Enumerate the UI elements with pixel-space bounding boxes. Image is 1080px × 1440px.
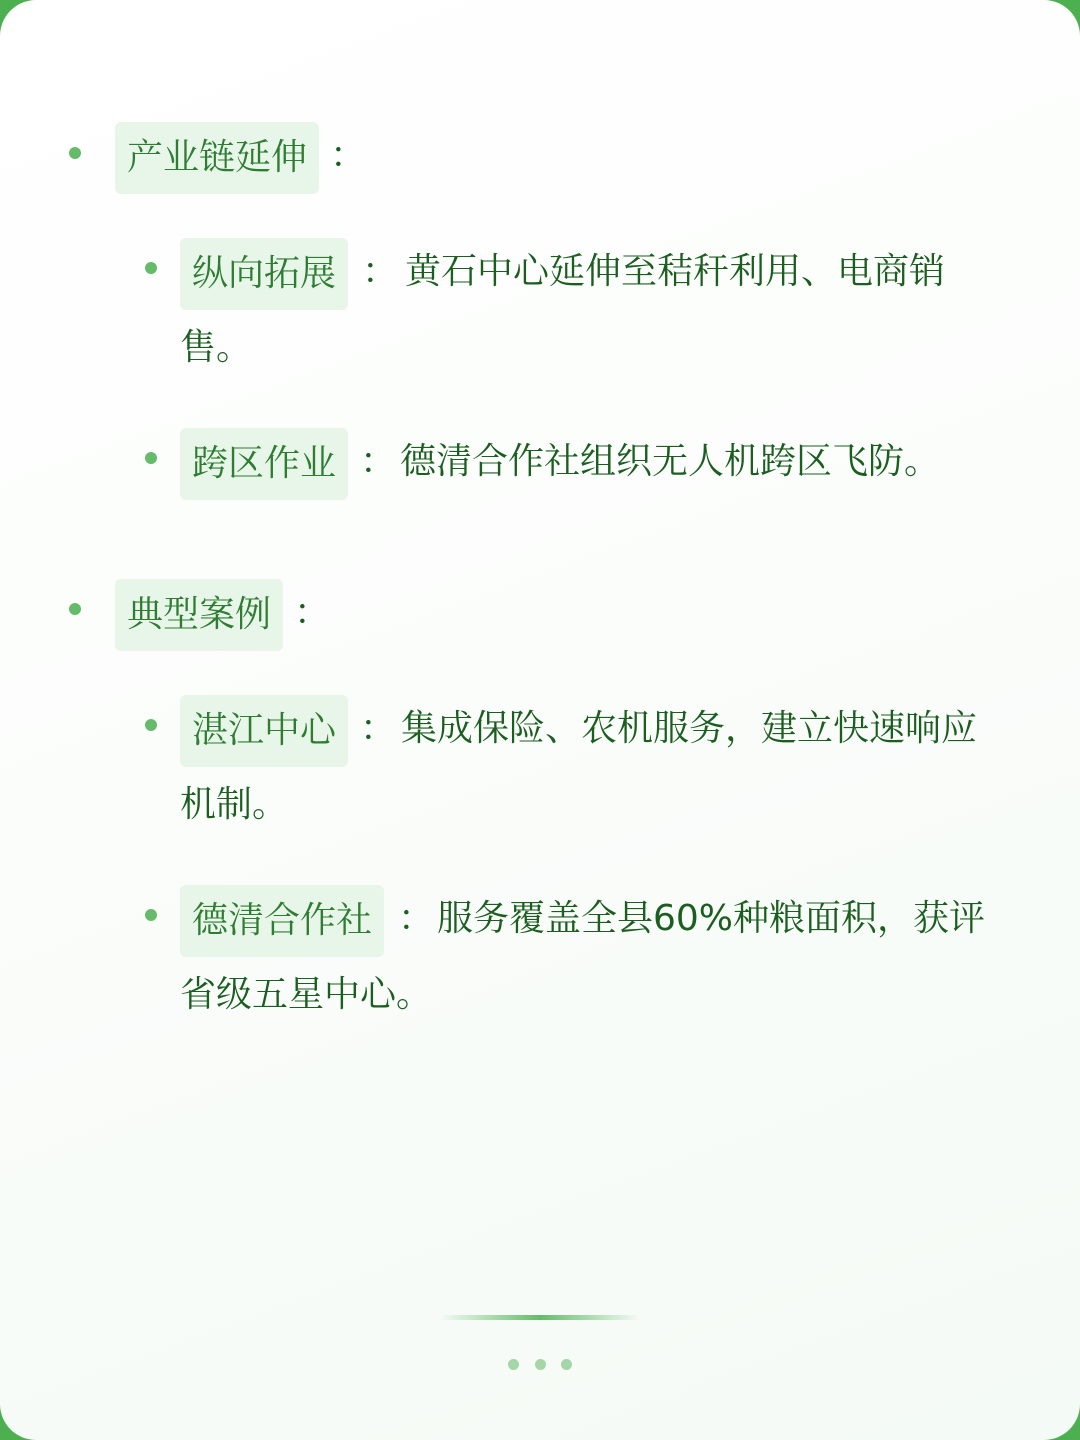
bullet-icon — [69, 603, 81, 615]
item-text-line: 售。 — [180, 310, 252, 386]
item-label-vertical-expansion: 纵向拓展 — [180, 238, 348, 310]
content-card: 产业链延伸 ： 纵向拓展 ： 黄石中心延伸至秸秆利用、电商销 售。 跨区作业 ：… — [0, 0, 1080, 1440]
bullet-icon — [145, 909, 157, 921]
item-text-line: 集成保险、农机服务，建立快速响应 — [401, 691, 977, 767]
item-text-line: 黄石中心延伸至秸秆利用、电商销 — [405, 234, 945, 310]
bullet-icon — [69, 147, 81, 159]
page-dot-icon — [508, 1359, 519, 1370]
item-label-deqing-cooperative: 德清合作社 — [180, 885, 384, 957]
item-label-cross-region: 跨区作业 — [180, 428, 348, 500]
colon: ： — [330, 120, 366, 192]
item-text-line: 德清合作社组织无人机跨区飞防。 — [400, 424, 940, 500]
section-title-industry-chain: 产业链延伸 — [115, 122, 319, 194]
colon: ： — [360, 426, 396, 498]
divider-line — [440, 1315, 640, 1320]
colon: ： — [294, 577, 330, 649]
page-dot-icon — [535, 1359, 546, 1370]
item-text-line: 机制。 — [180, 767, 288, 843]
item-label-zhanjiang-center: 湛江中心 — [180, 695, 348, 767]
section-title-typical-cases: 典型案例 — [115, 579, 283, 651]
item-text-line: 服务覆盖全县60%种粮面积，获评 — [437, 881, 985, 957]
bullet-icon — [145, 262, 157, 274]
colon: ： — [398, 883, 434, 955]
page-indicator — [508, 1359, 572, 1371]
page-dot-icon — [561, 1359, 572, 1370]
bullet-icon — [145, 452, 157, 464]
bullet-icon — [145, 719, 157, 731]
item-text-line: 省级五星中心。 — [180, 957, 432, 1033]
colon: ： — [360, 693, 396, 765]
colon: ： — [362, 236, 398, 308]
